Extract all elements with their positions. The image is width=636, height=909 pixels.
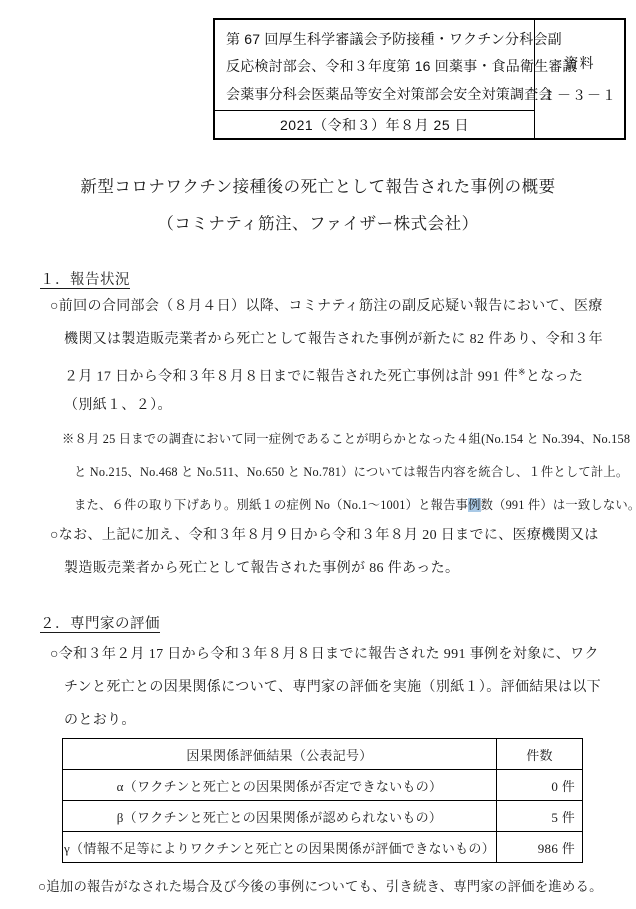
paragraph-line: ○前回の合同部会（８月４日）以降、コミナティ筋注の副反応疑い報告において、医療 <box>0 290 636 323</box>
paragraph-line: チンと死亡との因果関係について、専門家の評価を実施（別紙１）。評価結果は以下 <box>0 671 636 704</box>
section2-heading: ２．専門家の評価 <box>40 612 160 633</box>
row-count: 0 件 <box>497 770 583 801</box>
row-label: α（ワクチンと死亡との因果関係が否定できないもの） <box>63 770 497 801</box>
footnote-line: と No.215、No.468 と No.511、No.650 と No.781… <box>0 456 636 489</box>
page-title: 新型コロナワクチン接種後の死亡として報告された事例の概要 （コミナティ筋注、ファ… <box>0 168 636 242</box>
section2-paragraph1: ○令和３年２月 17 日から令和３年８月８日までに報告された 991 事例を対象… <box>0 638 636 737</box>
meeting-line: 反応検討部会、令和３年度第 16 回薬事・食品衛生審議 <box>226 56 524 76</box>
section1-paragraph1: ○前回の合同部会（８月４日）以降、コミナティ筋注の副反応疑い報告において、医療 … <box>0 290 636 422</box>
footnote-reference-mark: ※ <box>518 367 526 377</box>
table-row-beta: β（ワクチンと死亡との因果関係が認められないもの） 5 件 <box>63 801 583 832</box>
section1-heading: １．報告状況 <box>40 268 130 289</box>
section1-footnote: ※８月 25 日までの調査において同一症例であることが明らかとなった４組(No.… <box>0 423 636 522</box>
table-row-alpha: α（ワクチンと死亡との因果関係が否定できないもの） 0 件 <box>63 770 583 801</box>
table-row-gamma: γ（情報不足等によりワクチンと死亡との因果関係が評価できないもの） 986 件 <box>63 832 583 863</box>
search-highlight-mark: 例 <box>468 498 481 512</box>
paragraph-line: ○なお、上記に加え、令和３年８月９日から令和３年８月 20 日までに、医療機関又… <box>0 519 636 552</box>
paragraph-line: 製造販売業者から死亡として報告された事例が 86 件あった。 <box>0 552 636 585</box>
section2-paragraph2: ○追加の報告がなされた場合及び今後の事例についても、引き続き、専門家の評価を進め… <box>38 876 636 898</box>
row-label: β（ワクチンと死亡との因果関係が認められないもの） <box>63 801 497 832</box>
document-number: １－３－１ <box>542 85 617 105</box>
header-box-left: 第 67 回厚生科学審議会予防接種・ワクチン分科会副 反応検討部会、令和３年度第… <box>215 20 535 138</box>
paragraph-line: のとおり。 <box>0 704 636 737</box>
document-number-cell: 資料 １－３－１ <box>535 20 624 138</box>
meeting-line: 第 67 回厚生科学審議会予防接種・ワクチン分科会副 <box>226 29 524 49</box>
document-page: 第 67 回厚生科学審議会予防接種・ワクチン分科会副 反応検討部会、令和３年度第… <box>0 0 636 909</box>
header-box: 第 67 回厚生科学審議会予防接種・ワクチン分科会副 反応検討部会、令和３年度第… <box>213 18 626 140</box>
document-date: 2021（令和３）年８月 25 日 <box>215 111 534 138</box>
table-header-result: 因果関係評価結果（公表記号） <box>63 739 497 770</box>
paragraph-line: ○令和３年２月 17 日から令和３年８月８日までに報告された 991 事例を対象… <box>0 638 636 671</box>
table-header-count: 件数 <box>497 739 583 770</box>
page-title-line1: 新型コロナワクチン接種後の死亡として報告された事例の概要 <box>0 168 636 205</box>
meeting-line: 会薬事分科会医薬品等安全対策部会安全対策調査会 <box>226 84 524 104</box>
footnote-line: ※８月 25 日までの調査において同一症例であることが明らかとなった４組(No.… <box>0 423 636 456</box>
row-count: 5 件 <box>497 801 583 832</box>
table-header-row: 因果関係評価結果（公表記号） 件数 <box>63 739 583 770</box>
row-count: 986 件 <box>497 832 583 863</box>
causality-evaluation-table: 因果関係評価結果（公表記号） 件数 α（ワクチンと死亡との因果関係が否定できない… <box>62 738 583 863</box>
page-title-line2: （コミナティ筋注、ファイザー株式会社） <box>0 205 636 242</box>
document-label: 資料 <box>565 53 595 73</box>
footnote-line: また、６件の取り下げあり。別紙１の症例 No（No.1～1001）と報告事例数（… <box>0 489 636 522</box>
section1-paragraph2: ○なお、上記に加え、令和３年８月９日から令和３年８月 20 日までに、医療機関又… <box>0 519 636 585</box>
paragraph-line: （別紙１、２）。 <box>0 389 636 422</box>
paragraph-line: ２月 17 日から令和３年８月８日までに報告された死亡事例は計 991 件※とな… <box>0 356 636 389</box>
paragraph-line: 機関又は製造販売業者から死亡として報告された事例が新たに 82 件あり、令和３年 <box>0 323 636 356</box>
row-label: γ（情報不足等によりワクチンと死亡との因果関係が評価できないもの） <box>63 832 497 863</box>
meeting-names: 第 67 回厚生科学審議会予防接種・ワクチン分科会副 反応検討部会、令和３年度第… <box>215 20 534 111</box>
